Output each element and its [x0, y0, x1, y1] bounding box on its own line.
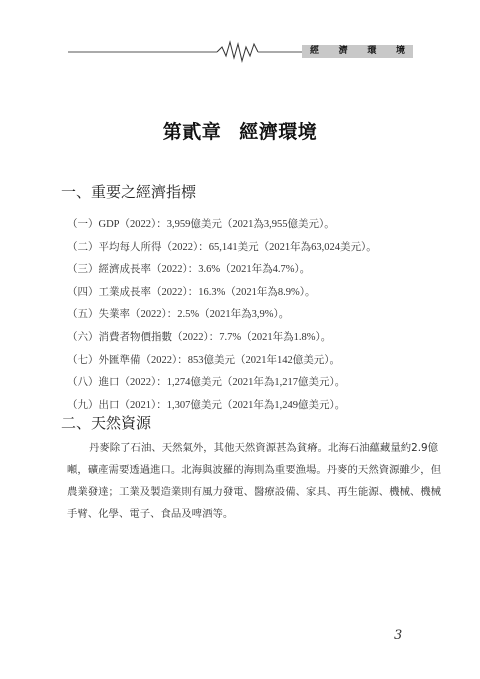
paragraph-line: 手臂、化學、電子、食品及啤酒等。 — [67, 503, 417, 525]
indicator-item: （三）經濟成長率（2022）：3.6%（2021年為4.7%）。 — [67, 259, 377, 282]
economic-indicator-list: （一）GDP（2022）：3,959億美元（2021為3,955億美元）。 （二… — [67, 214, 377, 417]
indicator-item: （八）進口（2022）：1,274億美元（2021年為1,217億美元）。 — [67, 372, 377, 395]
indicator-item: （七）外匯準備（2022）：853億美元（2021年142億美元）。 — [67, 350, 377, 373]
indicator-item: （二）平均每人所得（2022）：65,141美元（2021年為63,024美元）… — [67, 237, 377, 260]
section-heading-economic-indicators: 一、重要之經濟指標 — [61, 181, 196, 202]
paragraph-line: 農業發達；工業及製造業則有風力發電、醫療設備、家具、再生能源、機械、機械 — [67, 481, 417, 503]
paragraph-line: 丹麥除了石油、天然氣外，其他天然資源甚為貧瘠。北海石油蘊藏量約2.9億 — [67, 437, 417, 459]
section-heading-natural-resources: 二、天然資源 — [61, 412, 151, 433]
header-char: 環 — [367, 45, 376, 58]
chapter-number: 第貳章 — [163, 121, 222, 143]
header-char: 境 — [396, 45, 405, 58]
running-header: 經 濟 環 境 — [0, 0, 480, 70]
chapter-name: 經濟環境 — [239, 121, 317, 143]
running-header-label: 經 濟 環 境 — [302, 45, 413, 58]
page-number: 3 — [394, 628, 402, 643]
indicator-item: （一）GDP（2022）：3,959億美元（2021為3,955億美元）。 — [67, 214, 377, 237]
indicator-item: （四）工業成長率（2022）：16.3%（2021年為8.9%）。 — [67, 282, 377, 305]
chapter-title: 第貳章經濟環境 — [0, 117, 480, 144]
header-rule-zigzag-icon — [0, 0, 480, 70]
header-char: 濟 — [339, 45, 348, 58]
header-char: 經 — [310, 45, 319, 58]
paragraph-line: 噸，礦產需要透過進口。北海與波羅的海則為重要漁場。丹麥的天然資源雖少，但 — [67, 459, 417, 481]
natural-resources-paragraph: 丹麥除了石油、天然氣外，其他天然資源甚為貧瘠。北海石油蘊藏量約2.9億 噸，礦產… — [67, 437, 417, 525]
indicator-item: （五）失業率（2022）：2.5%（2021年為3,9%）。 — [67, 304, 377, 327]
indicator-item: （六）消費者物價指數（2022）：7.7%（2021年為1.8%）。 — [67, 327, 377, 350]
